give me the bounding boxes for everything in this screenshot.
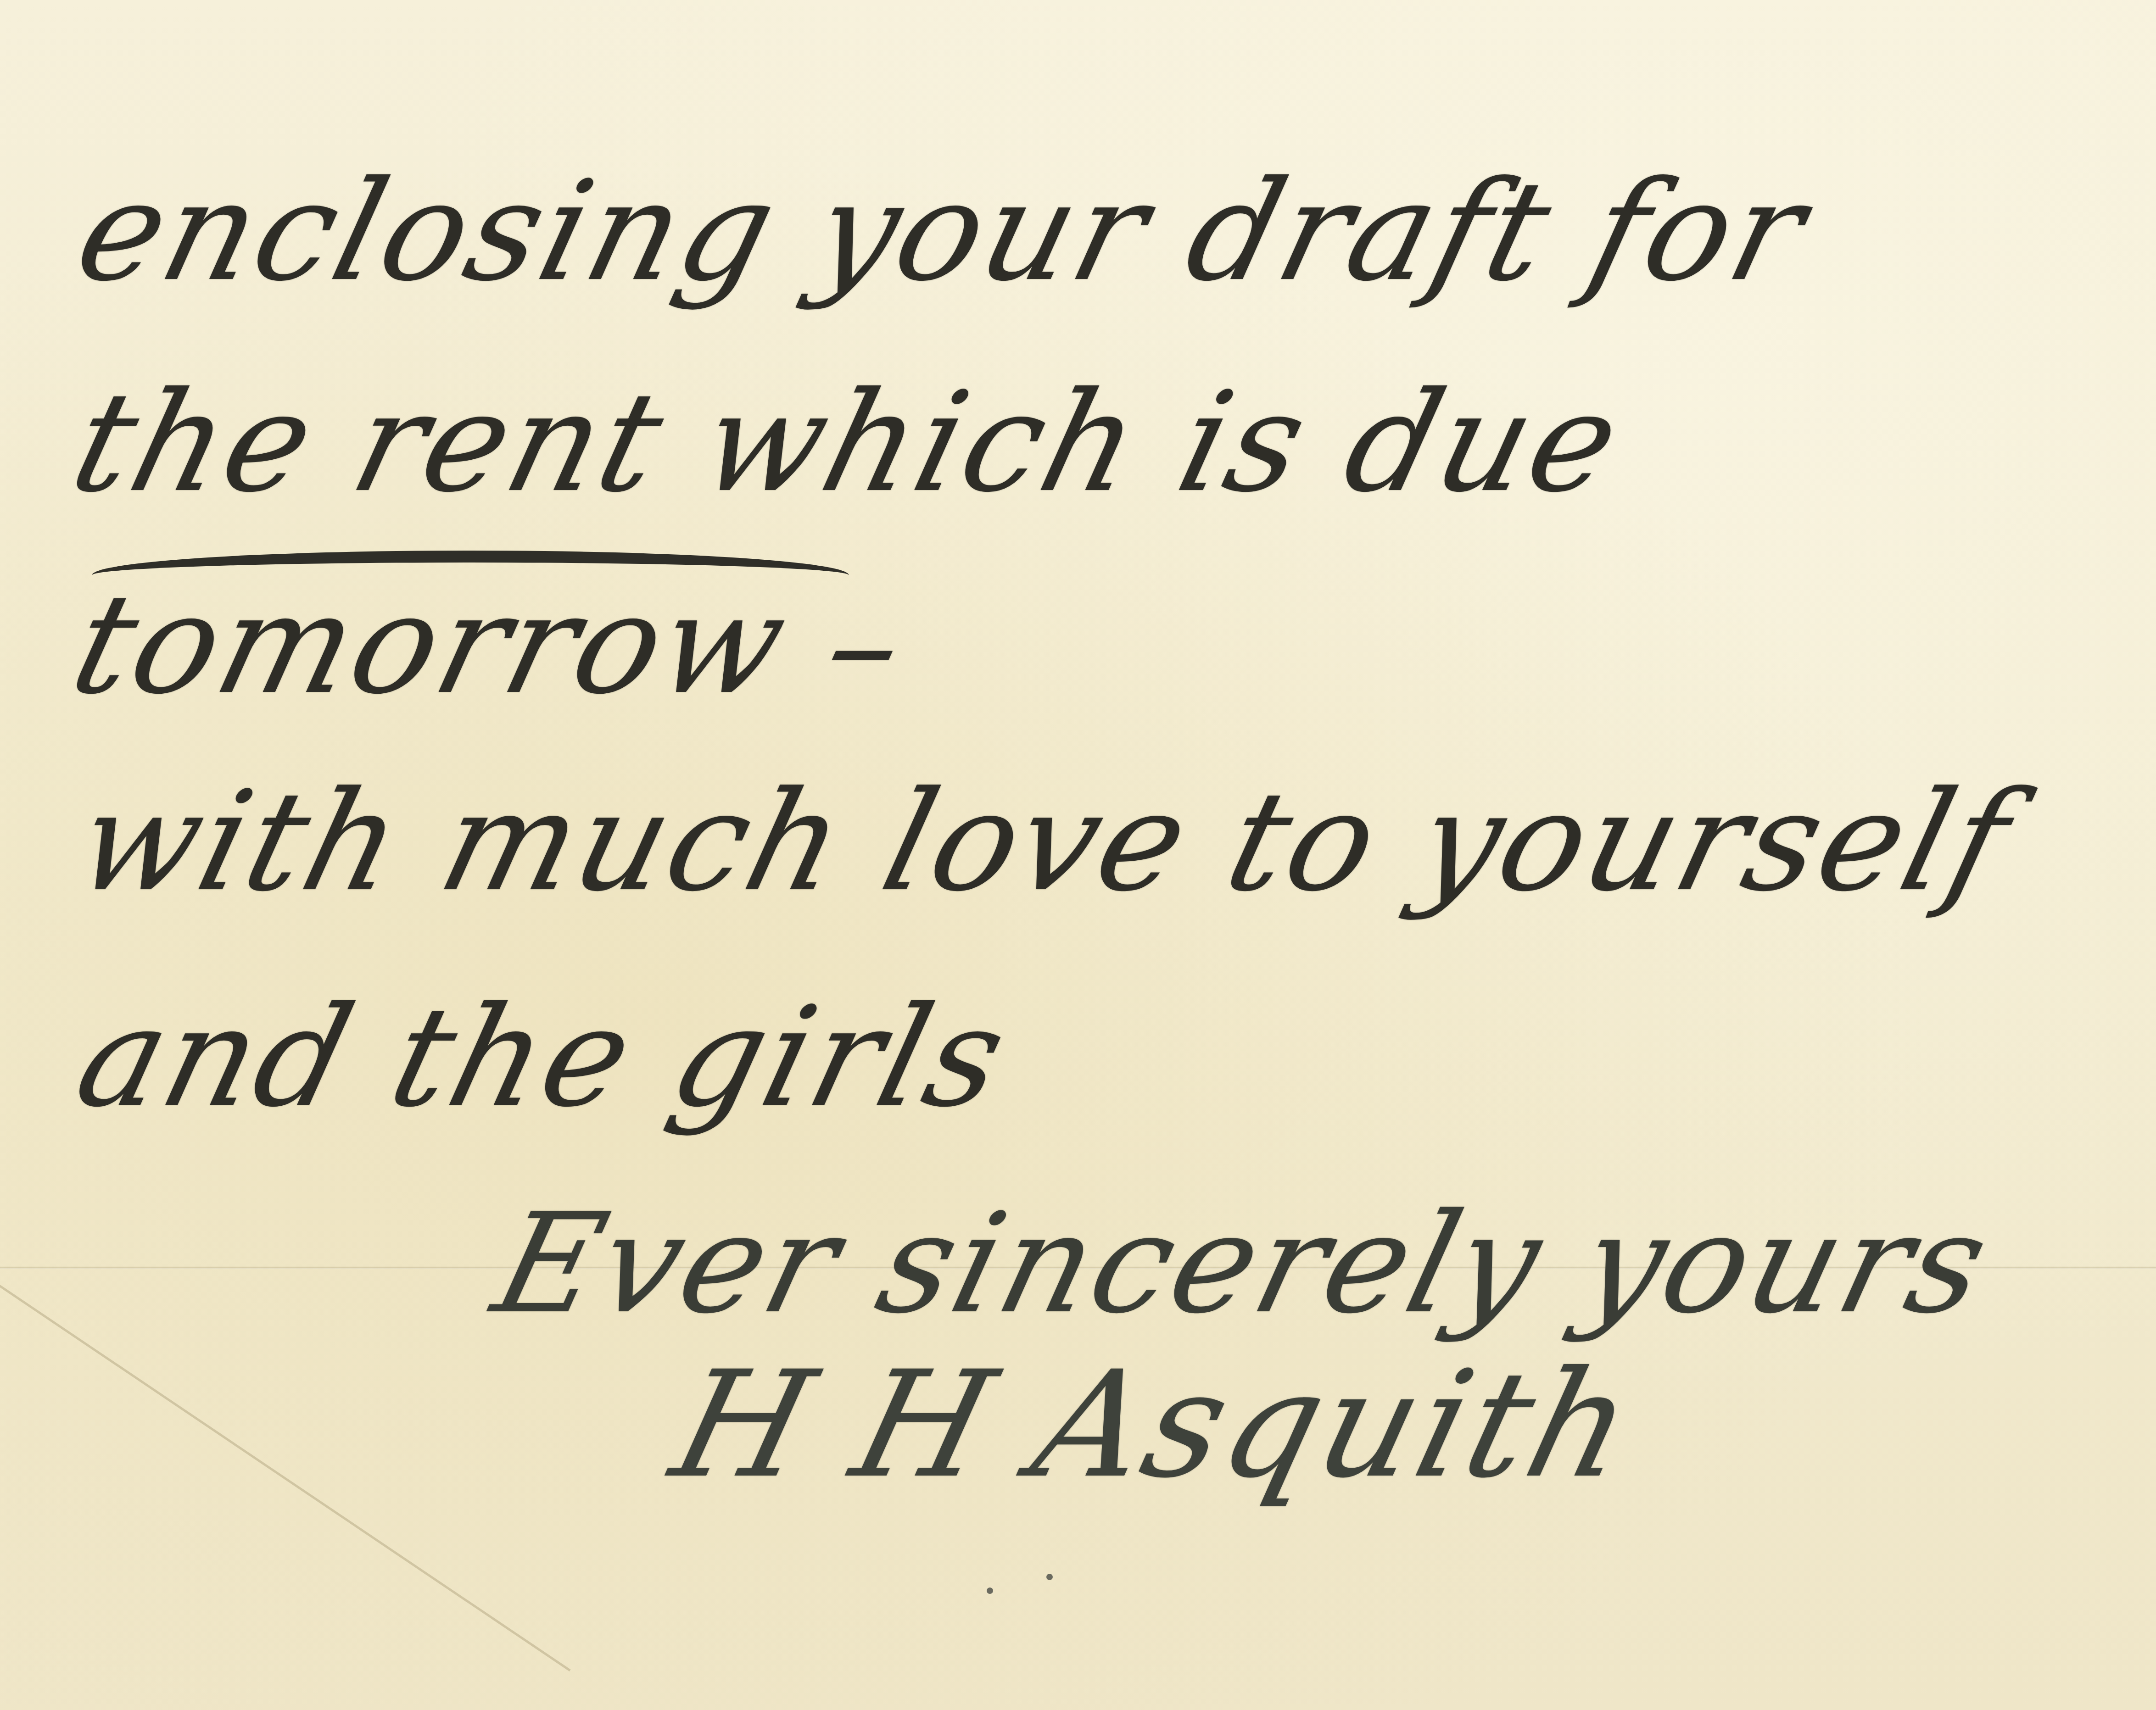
letter-signature: H H Asquith <box>658 1340 1651 1510</box>
letter-line-1: enclosing your draft for <box>62 151 1822 312</box>
letter-closing: Ever sincerely yours <box>480 1184 2005 1344</box>
letter-page: enclosing your draft for the rent which … <box>0 0 2156 1710</box>
ink-dot <box>987 1587 993 1594</box>
letter-line-2: the rent which is due <box>58 362 1637 523</box>
letter-line-3: tomorrow – <box>58 564 922 724</box>
ink-dot <box>1046 1574 1053 1580</box>
letter-line-4: with much love to yourself <box>62 762 2027 922</box>
letter-line-5: and the girls <box>62 977 1022 1137</box>
